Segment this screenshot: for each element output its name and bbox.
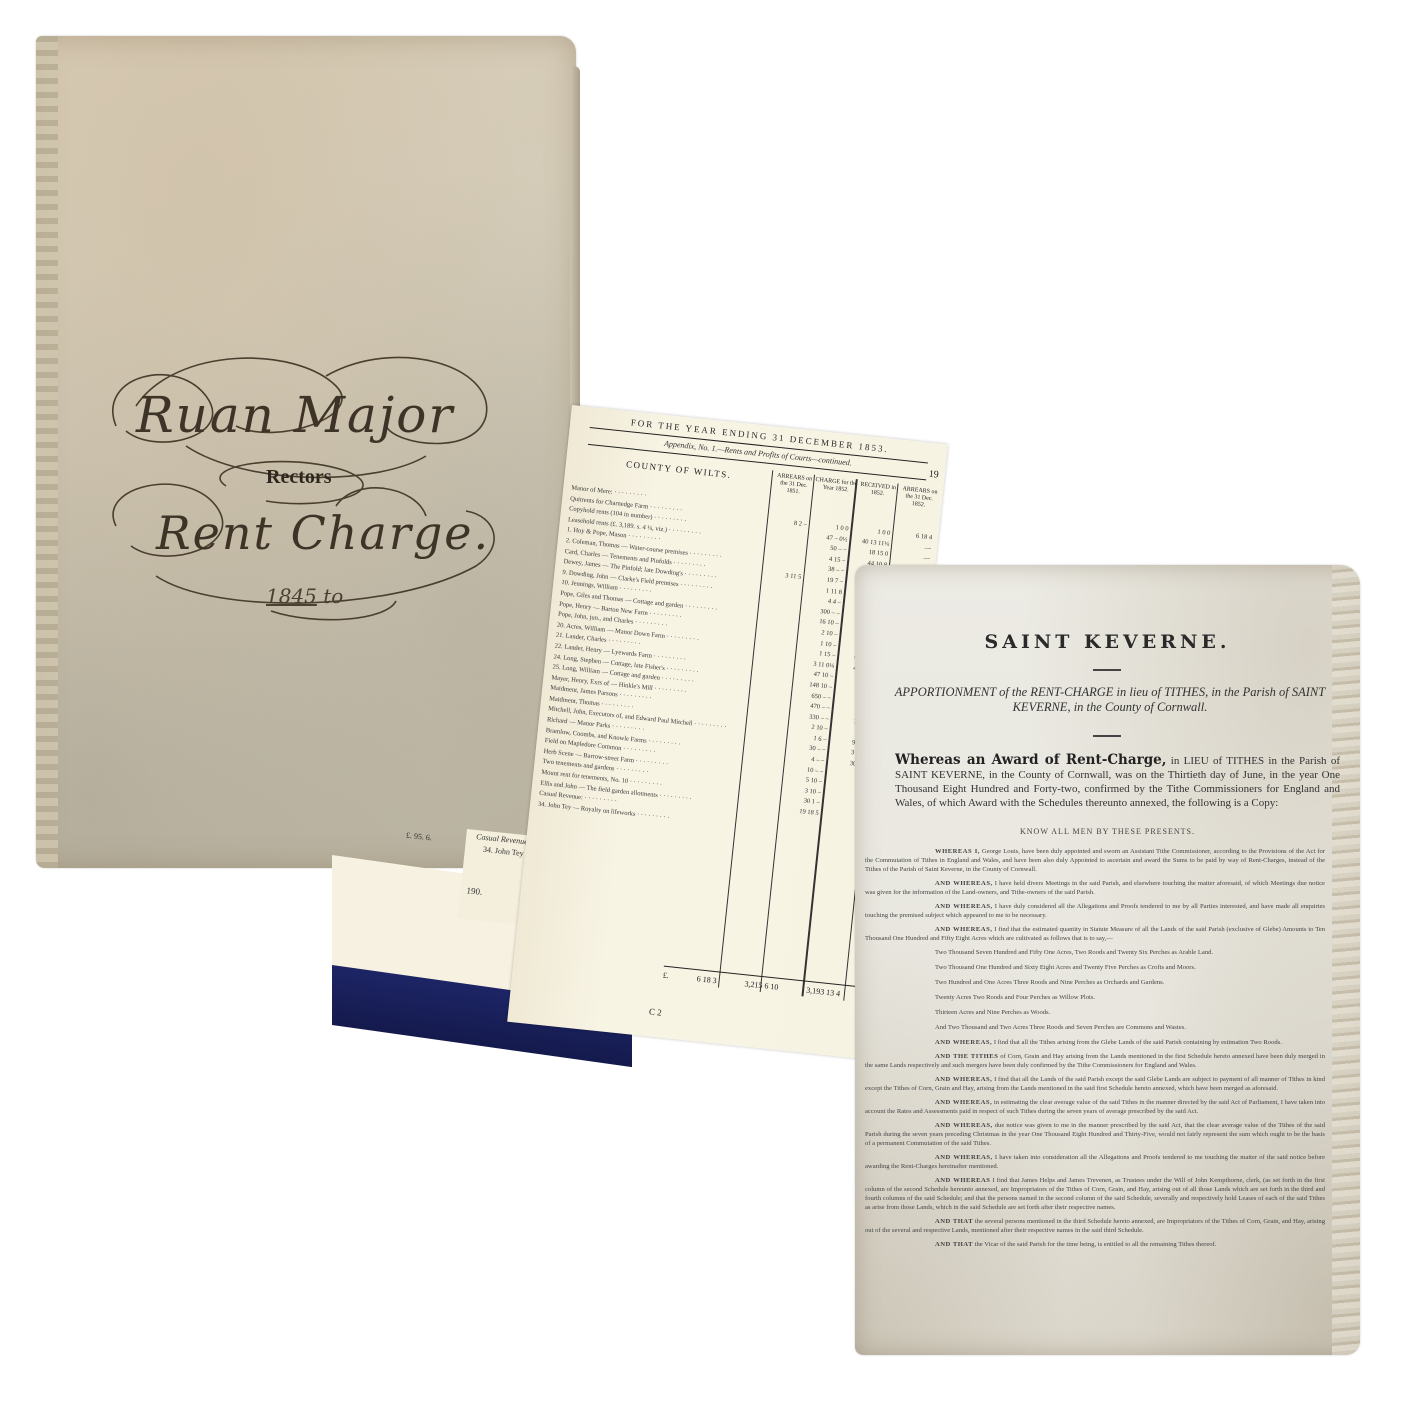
cover-date-year: 1845 [266,584,317,608]
paragraph-text: I have taken into consideration all the … [865,1154,1325,1170]
totals-currency-mark: £. [662,971,669,981]
ledger-page-number: 19 [928,469,939,481]
award-paragraph: AND WHEREAS, I find that all the Lands o… [865,1075,1325,1093]
paragraph-lead: AND WHEREAS, [935,1154,993,1161]
award-paragraph: AND WHEREAS, due notice was given to me … [865,1121,1325,1148]
whereas-lead: Whereas an Award of Rent-Charge, [895,752,1166,768]
land-use-item: And Two Thousand and Two Acres Three Roo… [865,1023,1325,1032]
award-paragraph: AND THE TITHES of Corn, Grain and Hay ar… [865,1052,1325,1070]
paragraph-lead: AND WHEREAS, [935,1039,992,1046]
previous-page-total: 190. [466,885,483,897]
total-received-1852: 3,193 13 4 [806,986,841,999]
paragraph-text: the several persons mentioned in the thi… [865,1218,1325,1234]
land-use-item: Thirteen Acres and Nine Perches as Woods… [865,1008,1325,1017]
torn-page-edge [1332,565,1360,1355]
title-rule [1093,669,1121,671]
award-body-paragraphs: WHEREAS I, George Louis, have been duly … [865,847,1325,1254]
cover-spine-stitching [36,36,58,868]
award-paragraph: AND WHEREAS, I have held divers Meetings… [865,879,1325,897]
paragraph-text: I have held divers Meetings in the said … [865,880,1325,896]
column-header-charge-1852: CHARGE for the Year 1852. [814,477,857,495]
paragraph-lead: AND WHEREAS, [935,880,993,887]
paragraph-text: George Louis, have been duly appointed a… [865,848,1325,873]
ledger-county: COUNTY OF WILTS. [626,459,732,480]
paragraph-lead: AND WHEREAS [935,1177,990,1184]
award-paragraph: WHEREAS I, George Louis, have been duly … [865,847,1325,874]
column-header-received-1852: RECEIVED in 1852. [856,481,899,499]
apportionment-heading: APPORTIONMENT of the RENT-CHARGE in lieu… [875,685,1345,715]
award-paragraph: AND THAT the Vicar of the said Parish fo… [865,1240,1325,1249]
paragraph-lead: AND WHEREAS, [935,926,992,933]
award-paragraph: AND WHEREAS, I find that all the Tithes … [865,1038,1325,1047]
heading-rule [1093,735,1121,737]
paragraph-text: I find that all the Lands of the said Pa… [865,1076,1325,1092]
cover-title-rectors: Rectors [266,466,332,489]
award-paragraph: AND WHEREAS I find that James Helps and … [865,1176,1325,1212]
paragraph-text: due notice was given to me in the manner… [865,1122,1325,1147]
paragraph-text: in estimating the clear average value of… [865,1099,1325,1115]
paragraph-lead: WHEREAS I, [935,848,980,855]
paragraph-lead: AND WHEREAS, [935,903,993,910]
ledger-entries: Manor of Mere: · · · · · · · · ·Quitrent… [537,483,770,831]
total-charge-1852: 3,215 6 10 [744,979,779,992]
casual-revenue-entry: 34. John Tey [483,845,525,858]
total-arrears-1851: 6 18 3 [696,974,717,985]
land-use-item: Two Hundred and One Acres Three Roods an… [865,978,1325,987]
award-paragraph: AND WHEREAS, I have taken into considera… [865,1153,1325,1171]
column-header-arrears-1852: ARREARS on the 31 Dec. 1852. [897,486,941,511]
whereas-preamble: Whereas an Award of Rent-Charge, in LIEU… [895,753,1340,810]
award-paragraph: AND WHEREAS, I have duly considered all … [865,902,1325,920]
land-use-item: Two Thousand Seven Hundred and Fifty One… [865,948,1325,957]
previous-page-column-label: £. 95. 6. [406,831,433,843]
saint-keverne-award-page: SAINT KEVERNE. APPORTIONMENT of the RENT… [855,565,1360,1355]
paragraph-text: I find that the estimated quantity in St… [865,926,1325,942]
know-all-men-heading: KNOW ALL MEN BY THESE PRESENTS. [855,827,1360,836]
ledger-signature-mark: C 2 [649,1006,663,1017]
land-use-item: Twenty Acres Two Roods and Four Perches … [865,993,1325,1002]
paragraph-text: the Vicar of the said Parish for the tim… [973,1241,1216,1248]
column-header-arrears-1851: ARREARS on the 31 Dec. 1851. [772,472,816,497]
paragraph-lead: AND WHEREAS, [935,1122,993,1129]
paragraph-text: of Corn, Grain and Hay arising from the … [865,1053,1325,1069]
land-use-item: Two Thousand One Hundred and Sixty Eight… [865,963,1325,972]
paragraph-text: I find that all the Tithes arising from … [992,1039,1282,1046]
paragraph-text: I find that James Helps and James Treven… [865,1177,1325,1211]
paragraph-lead: AND WHEREAS, [935,1076,992,1083]
award-title: SAINT KEVERNE. [855,631,1360,653]
paragraph-lead: AND WHEREAS, [935,1099,992,1106]
award-paragraph: AND WHEREAS, I find that the estimated q… [865,925,1325,943]
award-paragraph: AND WHEREAS, in estimating the clear ave… [865,1098,1325,1116]
award-paragraph: AND THAT the several persons mentioned i… [865,1217,1325,1235]
paragraph-lead: AND THAT [935,1241,973,1248]
paragraph-text: I have duly considered all the Allegatio… [865,903,1325,919]
paragraph-lead: AND THE TITHES [935,1053,998,1060]
paragraph-lead: AND THAT [935,1218,973,1225]
